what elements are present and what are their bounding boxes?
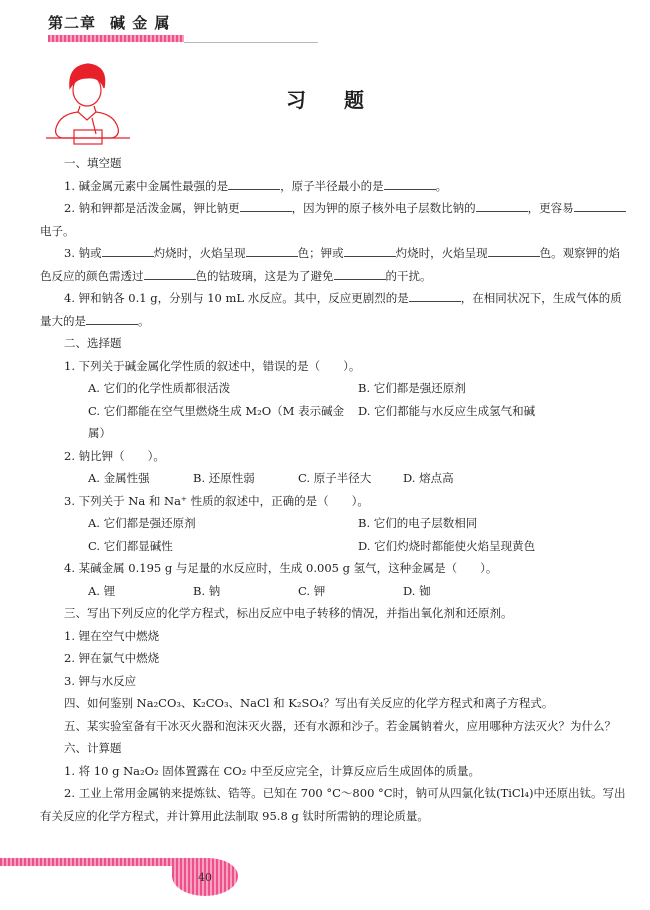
equation-item-3: 3. 钾与水反应 xyxy=(40,670,628,693)
answer-blank[interactable] xyxy=(240,199,292,212)
option-d[interactable]: D. 它们都能与水反应生成氢气和碱 xyxy=(358,400,628,445)
q3-text-a: 3. 钠或 xyxy=(64,246,102,260)
answer-blank[interactable] xyxy=(86,312,138,325)
answer-blank[interactable] xyxy=(334,267,386,280)
footer-pink-band xyxy=(0,858,180,866)
option-c[interactable]: C. 它们都能在空气里燃烧生成 M₂O（M 表示碱金属） xyxy=(88,400,358,445)
q4-text-c: 。 xyxy=(138,314,150,328)
choice-options: A. 它们的化学性质都很活泼 B. 它们都是强还原剂 xyxy=(40,377,628,400)
q3-text-d: 灼烧时，火焰呈现 xyxy=(396,246,488,260)
calc-question-2: 2. 工业上常用金属钠来提炼钛、锆等。已知在 700 °C～800 °C时，钠可… xyxy=(40,782,628,827)
answer-blank[interactable] xyxy=(228,177,280,190)
equation-item-1: 1. 锂在空气中燃烧 xyxy=(40,625,628,648)
section6-heading: 六、计算题 xyxy=(40,737,628,760)
page-number: 40 xyxy=(198,871,212,884)
q4-text-a: 4. 钾和钠各 0.1 g，分别与 10 mL 水反应。其中，反应更剧烈的是 xyxy=(64,291,409,305)
answer-blank[interactable] xyxy=(144,267,196,280)
section2-heading: 二、选择题 xyxy=(40,332,628,355)
fill-question-3: 3. 钠或灼烧时，火焰呈现色；钾或灼烧时，火焰呈现色。观察钾的焰色反应的颜色需透… xyxy=(40,242,628,287)
section1-heading: 一、填空题 xyxy=(40,152,628,175)
q2-text-c: ，更容易 xyxy=(528,201,574,215)
section3-heading: 三、写出下列反应的化学方程式，标出反应中电子转移的情况，并指出氧化剂和还原剂。 xyxy=(40,602,628,625)
page-number-badge: 40 xyxy=(172,858,238,896)
q3-text-c: 色；钾或 xyxy=(298,246,344,260)
calc-question-1: 1. 将 10 g Na₂O₂ 固体置露在 CO₂ 中至反应完全，计算反应后生成… xyxy=(40,760,628,783)
equation-item-2: 2. 钾在氯气中燃烧 xyxy=(40,647,628,670)
chapter-number: 第二章 xyxy=(48,14,96,32)
answer-blank[interactable] xyxy=(476,199,528,212)
option-a[interactable]: A. 锂 xyxy=(88,580,193,603)
q1-text-c: 。 xyxy=(436,179,448,193)
option-c[interactable]: C. 钾 xyxy=(298,580,403,603)
choice-options: C. 它们都能在空气里燃烧生成 M₂O（M 表示碱金属） D. 它们都能与水反应… xyxy=(40,400,628,445)
fill-question-2: 2. 钠和钾都是活泼金属，钾比钠更，因为钾的原子核外电子层数比钠的，更容易电子。 xyxy=(40,197,628,242)
q1-text-a: 1. 碱金属元素中金属性最强的是 xyxy=(64,179,228,193)
option-d[interactable]: D. 熔点高 xyxy=(403,467,508,490)
option-c[interactable]: C. 原子半径大 xyxy=(298,467,403,490)
choice-question-4: 4. 某碱金属 0.195 g 与足量的水反应时，生成 0.005 g 氢气，这… xyxy=(40,557,628,580)
option-a[interactable]: A. 金属性强 xyxy=(88,467,193,490)
answer-blank[interactable] xyxy=(488,244,540,257)
q3-text-g: 的干扰。 xyxy=(386,269,432,283)
q2-text-d: 电子。 xyxy=(40,224,75,238)
q2-text-b: ，因为钾的原子核外电子层数比钠的 xyxy=(292,201,476,215)
choice-options: A. 锂 B. 钠 C. 钾 D. 铷 xyxy=(40,580,628,603)
choice-options: A. 它们都是强还原剂 B. 它们的电子层数相同 xyxy=(40,512,628,535)
option-b[interactable]: B. 还原性弱 xyxy=(193,467,298,490)
chapter-title: 碱 金 属 xyxy=(110,14,170,32)
answer-blank[interactable] xyxy=(246,244,298,257)
student-writing-illustration xyxy=(40,58,135,150)
choice-options: C. 它们都显碱性 D. 它们灼烧时都能使火焰呈现黄色 xyxy=(40,535,628,558)
choice-question-1: 1. 下列关于碱金属化学性质的叙述中，错误的是（ ）。 xyxy=(40,355,628,378)
option-b[interactable]: B. 它们的电子层数相同 xyxy=(358,512,628,535)
section5-question: 五、某实验室备有干冰灭火器和泡沫灭火器，还有水源和沙子。若金属钠着火，应用哪种方… xyxy=(40,715,628,738)
option-b[interactable]: B. 它们都是强还原剂 xyxy=(358,377,628,400)
answer-blank[interactable] xyxy=(574,199,626,212)
answer-blank[interactable] xyxy=(344,244,396,257)
q3-text-f: 色的钴玻璃，这是为了避免 xyxy=(196,269,334,283)
title-char-1: 习 xyxy=(286,84,306,113)
option-c[interactable]: C. 它们都显碱性 xyxy=(88,535,358,558)
page-title: 习题 xyxy=(286,84,364,113)
option-a[interactable]: A. 它们都是强还原剂 xyxy=(88,512,358,535)
header-rule xyxy=(184,42,318,43)
option-a[interactable]: A. 它们的化学性质都很活泼 xyxy=(88,377,358,400)
q1-text-b: ，原子半径最小的是 xyxy=(280,179,384,193)
chapter-header: 第二章碱 金 属 xyxy=(48,12,170,33)
option-d[interactable]: D. 铷 xyxy=(403,580,508,603)
exercise-content: 一、填空题 1. 碱金属元素中金属性最强的是，原子半径最小的是。 2. 钠和钾都… xyxy=(40,152,628,827)
answer-blank[interactable] xyxy=(384,177,436,190)
q3-text-b: 灼烧时，火焰呈现 xyxy=(154,246,246,260)
choice-options: A. 金属性强 B. 还原性弱 C. 原子半径大 D. 熔点高 xyxy=(40,467,628,490)
section4-question: 四、如何鉴别 Na₂CO₃、K₂CO₃、NaCl 和 K₂SO₄？写出有关反应的… xyxy=(40,692,628,715)
choice-question-3: 3. 下列关于 Na 和 Na⁺ 性质的叙述中，正确的是（ ）。 xyxy=(40,490,628,513)
option-b[interactable]: B. 钠 xyxy=(193,580,298,603)
q2-text-a: 2. 钠和钾都是活泼金属，钾比钠更 xyxy=(64,201,240,215)
chapter-label: 第二章碱 金 属 xyxy=(48,12,170,33)
choice-question-2: 2. 钠比钾（ ）。 xyxy=(40,445,628,468)
header-pink-band xyxy=(48,35,184,42)
answer-blank[interactable] xyxy=(102,244,154,257)
option-d[interactable]: D. 它们灼烧时都能使火焰呈现黄色 xyxy=(358,535,628,558)
answer-blank[interactable] xyxy=(409,289,461,302)
fill-question-4: 4. 钾和钠各 0.1 g，分别与 10 mL 水反应。其中，反应更剧烈的是，在… xyxy=(40,287,628,332)
fill-question-1: 1. 碱金属元素中金属性最强的是，原子半径最小的是。 xyxy=(40,175,628,198)
title-char-2: 题 xyxy=(344,84,364,113)
